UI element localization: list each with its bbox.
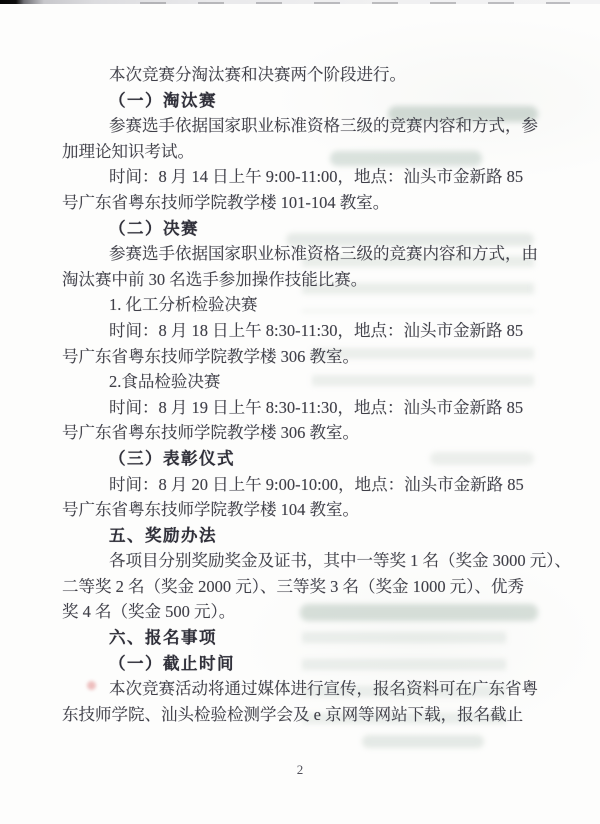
document-text-line: 参赛选手依据国家职业标准资格三级的竞赛内容和方式，参 <box>62 113 542 139</box>
document-heading-line: （二）决赛 <box>62 216 542 242</box>
scanned-page: 本次竞赛分淘汰赛和决赛两个阶段进行。（一）淘汰赛参赛选手依据国家职业标准资格三级… <box>0 0 600 824</box>
document-text-line: 本次竞赛活动将通过媒体进行宣传，报名资料可在广东省粤 <box>62 676 542 702</box>
document-text-line: 参赛选手依据国家职业标准资格三级的竞赛内容和方式，由 <box>62 241 542 267</box>
document-text-line: 号广东省粤东技师学院教学楼 104 教室。 <box>62 497 542 523</box>
document-text-line: 各项目分别奖励奖金及证书，其中一等奖 1 名（奖金 3000 元）、 <box>62 548 542 574</box>
document-heading-line: （一）截止时间 <box>62 651 542 677</box>
document-text-line: 本次竞赛分淘汰赛和决赛两个阶段进行。 <box>62 62 542 88</box>
document-text-line: 二等奖 2 名（奖金 2000 元）、三等奖 3 名（奖金 1000 元）、优秀 <box>62 574 542 600</box>
document-text-line: 时间：8 月 18 日上午 8:30-11:30，地点：汕头市金新路 85 <box>62 318 542 344</box>
document-text-line: 时间：8 月 20 日上午 9:00-10:00，地点：汕头市金新路 85 <box>62 472 542 498</box>
document-body: 本次竞赛分淘汰赛和决赛两个阶段进行。（一）淘汰赛参赛选手依据国家职业标准资格三级… <box>62 62 542 727</box>
document-text-line: 号广东省粤东技师学院教学楼 306 教室。 <box>62 344 542 370</box>
page-number: 2 <box>0 762 600 778</box>
document-text-line: 加理论知识考试。 <box>62 139 542 165</box>
document-text-line: 号广东省粤东技师学院教学楼 101-104 教室。 <box>62 190 542 216</box>
ink-bleedthrough <box>362 735 484 748</box>
document-text-line: 淘汰赛中前 30 名选手参加操作技能比赛。 <box>62 267 542 293</box>
document-text-line: 东技师学院、汕头检验检测学会及 e 京网等网站下载，报名截止 <box>62 702 542 728</box>
document-heading-line: 六、报名事项 <box>62 625 542 651</box>
document-heading-line: （一）淘汰赛 <box>62 88 542 114</box>
document-heading-line: （三）表彰仪式 <box>62 446 542 472</box>
scanner-edge-artifact <box>0 0 600 4</box>
document-heading-line: 五、奖励办法 <box>62 523 542 549</box>
document-text-line: 时间：8 月 14 日上午 9:00-11:00，地点：汕头市金新路 85 <box>62 164 542 190</box>
document-text-line: 2.食品检验决赛 <box>62 369 542 395</box>
document-text-line: 号广东省粤东技师学院教学楼 306 教室。 <box>62 420 542 446</box>
document-text-line: 奖 4 名（奖金 500 元）。 <box>62 599 542 625</box>
document-text-line: 时间：8 月 19 日上午 8:30-11:30，地点：汕头市金新路 85 <box>62 395 542 421</box>
document-text-line: 1. 化工分析检验决赛 <box>62 292 542 318</box>
